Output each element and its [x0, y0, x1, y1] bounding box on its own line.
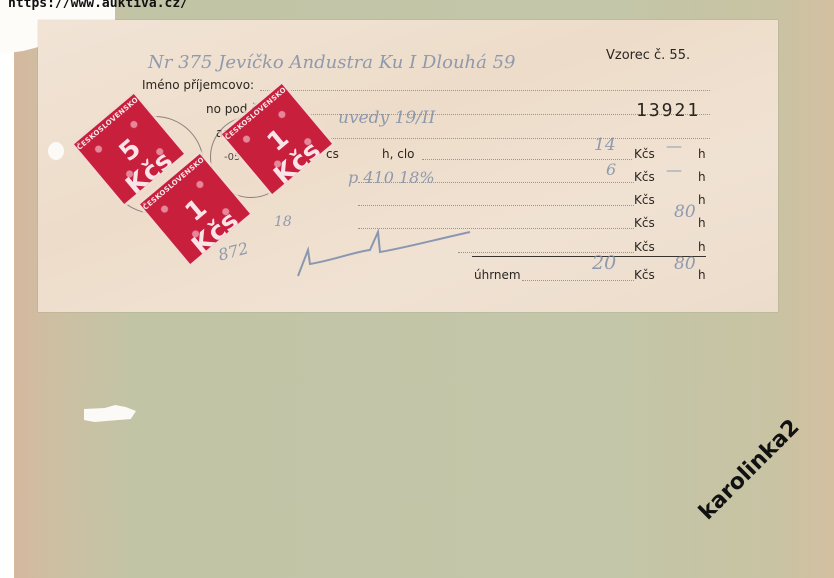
handwriting-line2: uvedy 19/II [338, 108, 435, 128]
total-h-value: 80 [674, 254, 696, 274]
handwriting-line1: Nr 375 Jevíčko Andustra Ku I Dlouhá 59 [148, 52, 516, 73]
row1-kcs-value: 14 [594, 135, 616, 155]
row1-h-value: — [666, 136, 682, 155]
row1-currency: Kčs [634, 147, 655, 161]
row2-currency: Kčs [634, 170, 655, 184]
punch-hole [48, 142, 64, 160]
form-number: Vzorec č. 55. [606, 48, 690, 63]
row2-subunit: h [698, 170, 706, 184]
recipient-label: Iméno příjemcovo: [142, 78, 254, 92]
row5-subunit: h [698, 240, 706, 254]
source-url: https://www.auktiva.cz/ [8, 0, 188, 11]
duty-label: h, clo [382, 147, 415, 161]
row2-kcs-value: 6 [606, 160, 616, 179]
duty-line [422, 159, 632, 160]
recipient-line [260, 90, 710, 91]
handwriting-note2: 872 [216, 238, 250, 264]
handwriting-line3: p 410 18% [348, 168, 435, 187]
total-label: úhrnem [474, 268, 521, 282]
row4-h-value: 80 [674, 202, 696, 222]
paper-tear [84, 405, 136, 425]
row4-subunit: h [698, 216, 706, 230]
row3-subunit: h [698, 193, 706, 207]
total-kcs-value: 20 [592, 252, 616, 274]
row5-currency: Kčs [634, 240, 655, 254]
total-currency: Kčs [634, 268, 655, 282]
row1-subunit: h [698, 147, 706, 161]
row2-line [358, 182, 634, 183]
total-line [522, 280, 634, 281]
total-rule [472, 256, 706, 257]
row3-line [358, 205, 634, 206]
row3-currency: Kčs [634, 193, 655, 207]
row4-currency: Kčs [634, 216, 655, 230]
currency-cs-label: cs [326, 147, 339, 161]
handwriting-note: 18 [274, 214, 292, 230]
total-subunit: h [698, 268, 706, 282]
signature-scribble [294, 220, 474, 280]
serial-number: 13921 [636, 100, 700, 121]
customs-receipt: Vzorec č. 55. Nr 375 Jevíčko Andustra Ku… [38, 20, 778, 312]
row2-h-value: — [666, 160, 682, 179]
